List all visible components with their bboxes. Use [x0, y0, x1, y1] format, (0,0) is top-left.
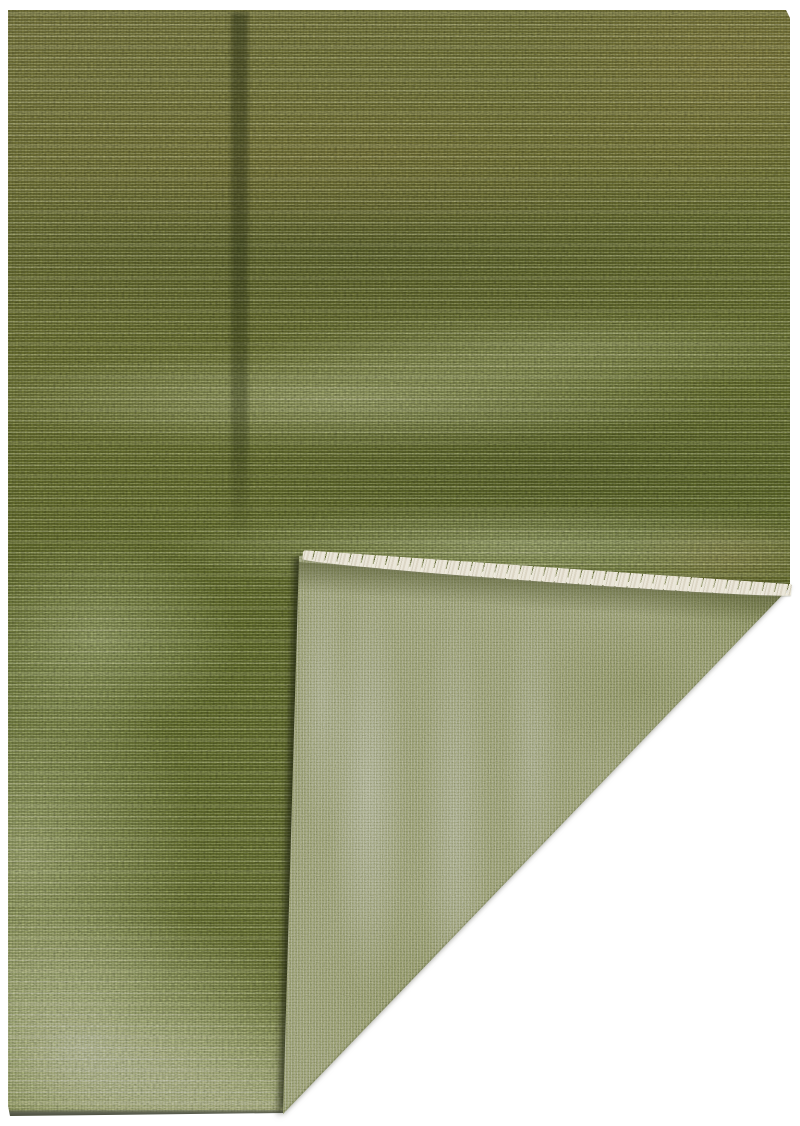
- rug-product-photo: Olive green distressed vintage rug photo…: [0, 0, 800, 1126]
